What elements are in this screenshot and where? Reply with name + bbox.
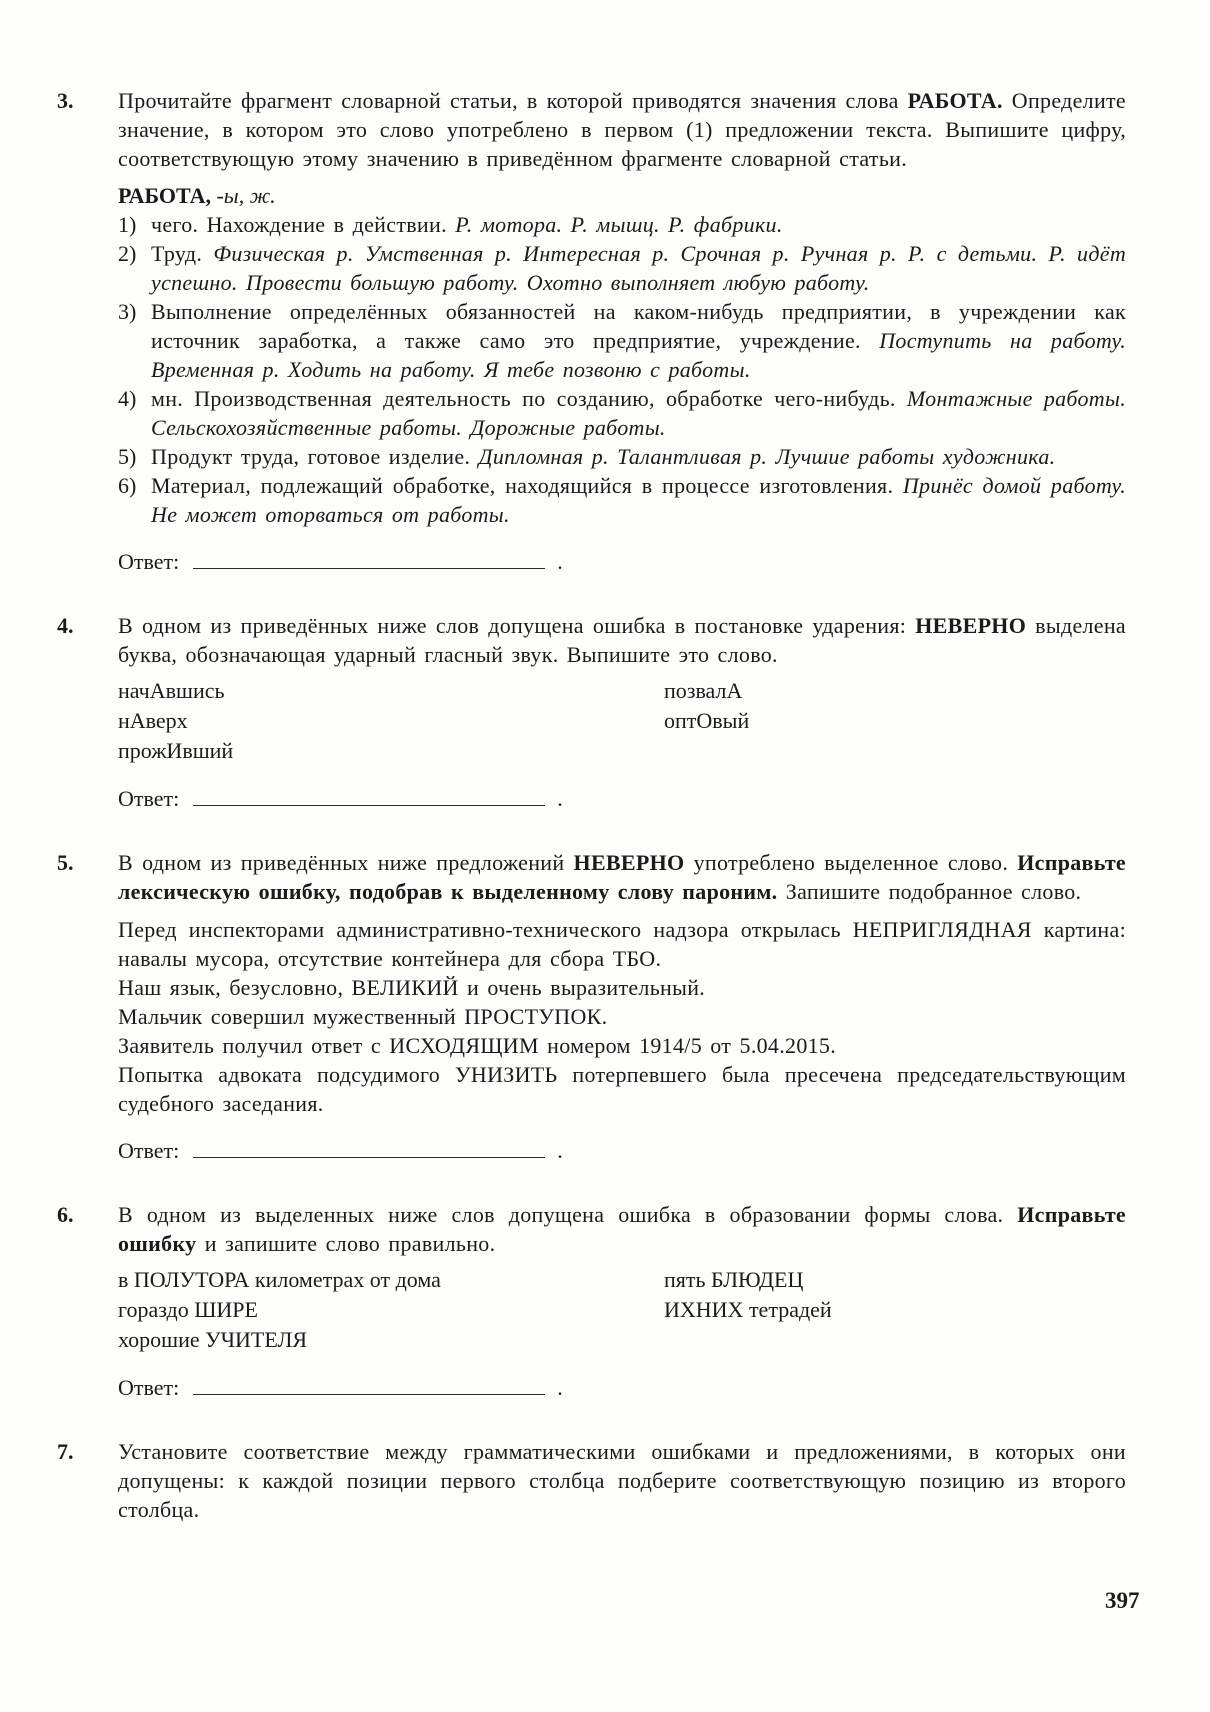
question-6-text: В одном из выделенных ниже слов допущена… bbox=[118, 1200, 1126, 1258]
question-7: 7. Установите соответствие между граммат… bbox=[57, 1437, 1126, 1524]
sense-6-definition: Материал, подлежащий обработке, находящи… bbox=[151, 473, 903, 498]
sense-5-definition: Продукт труда, готовое изделие. bbox=[151, 444, 479, 469]
q3-text-run: Прочитайте фрагмент словарной статьи, в … bbox=[118, 88, 908, 113]
dictionary-sense-5: 5) Продукт труда, готовое изделие. Дипло… bbox=[118, 442, 1126, 471]
question-3: 3. Прочитайте фрагмент словарной статьи,… bbox=[57, 86, 1126, 578]
sense-3-text: Выполнение определённых обязанностей на … bbox=[151, 297, 1126, 384]
question-3-text: Прочитайте фрагмент словарной статьи, в … bbox=[118, 86, 1126, 173]
q6-word-option: гораздо ШИРЕ bbox=[118, 1295, 664, 1325]
answer-label: Ответ: bbox=[118, 786, 179, 811]
q3-text-bold-word: РАБОТА. bbox=[908, 88, 1003, 113]
q5-sentences: Перед инспекторами административно-техни… bbox=[118, 915, 1126, 1118]
sense-2-definition: Труд. bbox=[151, 241, 213, 266]
answer-period: . bbox=[557, 1375, 563, 1400]
question-5-text: В одном из приведённых ниже предложений … bbox=[118, 848, 1126, 906]
answer-label: Ответ: bbox=[118, 1375, 179, 1400]
sense-2-number: 2) bbox=[118, 239, 151, 297]
question-5: 5. В одном из приведённых ниже предложен… bbox=[57, 848, 1126, 1167]
q4-word-option: оптОвый bbox=[664, 706, 1126, 736]
answer-row-q3: Ответ:. bbox=[118, 547, 1126, 576]
dictionary-headword: РАБОТА, -ы, ж. bbox=[118, 181, 1126, 210]
sense-1-number: 1) bbox=[118, 210, 151, 239]
q5-text-run: употреблено выделенное слово. bbox=[684, 850, 1017, 875]
q4-word-columns: начАвшись нАверх прожИвший позвалА оптОв… bbox=[118, 676, 1126, 766]
question-7-text: Установите соответствие между грамматиче… bbox=[118, 1437, 1126, 1524]
sense-2-text: Труд. Физическая р. Умственная р. Интере… bbox=[151, 239, 1126, 297]
q5-sentence: Мальчик совершил мужественный ПРОСТУПОК. bbox=[118, 1002, 1126, 1031]
q4-right-column: позвалА оптОвый bbox=[664, 676, 1126, 766]
dictionary-sense-6: 6) Материал, подлежащий обработке, наход… bbox=[118, 471, 1126, 529]
sense-1-definition: чего. Нахождение в действии. bbox=[151, 212, 455, 237]
answer-blank-line bbox=[193, 1373, 545, 1395]
q5-sentence: Перед инспекторами административно-техни… bbox=[118, 915, 1126, 973]
sense-2-examples: Физическая р. Умственная р. Интересная р… bbox=[151, 241, 1126, 295]
question-3-number: 3. bbox=[57, 86, 118, 578]
headword-grammar: -ы, ж. bbox=[211, 183, 276, 208]
question-4-text: В одном из приведённых ниже слов допущен… bbox=[118, 611, 1126, 669]
sense-6-text: Материал, подлежащий обработке, находящи… bbox=[151, 471, 1126, 529]
sense-1-examples: Р. мотора. Р. мышц. Р. фабрики. bbox=[455, 212, 782, 237]
answer-label: Ответ: bbox=[118, 1138, 179, 1163]
answer-period: . bbox=[557, 549, 563, 574]
question-7-number: 7. bbox=[57, 1437, 118, 1524]
headword-bold: РАБОТА, bbox=[118, 183, 211, 208]
q4-word-option: начАвшись bbox=[118, 676, 664, 706]
answer-period: . bbox=[557, 1138, 563, 1163]
question-3-body: Прочитайте фрагмент словарной статьи, в … bbox=[118, 86, 1126, 578]
q4-left-column: начАвшись нАверх прожИвший bbox=[118, 676, 664, 766]
answer-row-q6: Ответ:. bbox=[118, 1373, 1126, 1402]
q4-word-option: нАверх bbox=[118, 706, 664, 736]
answer-period: . bbox=[557, 786, 563, 811]
q6-word-columns: в ПОЛУТОРА километрах от дома гораздо ШИ… bbox=[118, 1265, 1126, 1355]
q5-text-run: Запишите подобранное слово. bbox=[777, 879, 1081, 904]
sense-5-number: 5) bbox=[118, 442, 151, 471]
dictionary-sense-1: 1) чего. Нахождение в действии. Р. мотор… bbox=[118, 210, 1126, 239]
sense-6-number: 6) bbox=[118, 471, 151, 529]
question-6-body: В одном из выделенных ниже слов допущена… bbox=[118, 1200, 1126, 1404]
q4-text-bold-word: НЕВЕРНО bbox=[915, 613, 1026, 638]
sense-5-examples: Дипломная р. Талантливая р. Лучшие работ… bbox=[479, 444, 1056, 469]
q5-sentence: Попытка адвоката подсудимого УНИЗИТЬ пот… bbox=[118, 1060, 1126, 1118]
answer-blank-line bbox=[193, 1136, 545, 1158]
question-6: 6. В одном из выделенных ниже слов допущ… bbox=[57, 1200, 1126, 1404]
dictionary-sense-4: 4) мн. Производственная деятельность по … bbox=[118, 384, 1126, 442]
q5-text-run: В одном из приведённых ниже предложений bbox=[118, 850, 574, 875]
q5-sentence: Наш язык, безусловно, ВЕЛИКИЙ и очень вы… bbox=[118, 973, 1126, 1002]
q6-right-column: пять БЛЮДЕЦ ИХНИХ тетрадей bbox=[664, 1265, 1126, 1355]
question-5-number: 5. bbox=[57, 848, 118, 1167]
question-4-body: В одном из приведённых ниже слов допущен… bbox=[118, 611, 1126, 815]
question-5-body: В одном из приведённых ниже предложений … bbox=[118, 848, 1126, 1167]
sense-4-definition: мн. Производственная деятельность по соз… bbox=[151, 386, 907, 411]
q6-word-option: в ПОЛУТОРА километрах от дома bbox=[118, 1265, 664, 1295]
question-4-number: 4. bbox=[57, 611, 118, 815]
answer-blank-line bbox=[193, 547, 545, 569]
question-4: 4. В одном из приведённых ниже слов допу… bbox=[57, 611, 1126, 815]
answer-blank-line bbox=[193, 784, 545, 806]
sense-4-text: мн. Производственная деятельность по соз… bbox=[151, 384, 1126, 442]
answer-row-q4: Ответ:. bbox=[118, 784, 1126, 813]
dictionary-sense-3: 3) Выполнение определённых обязанностей … bbox=[118, 297, 1126, 384]
q4-word-option: прожИвший bbox=[118, 736, 664, 766]
dictionary-sense-2: 2) Труд. Физическая р. Умственная р. Инт… bbox=[118, 239, 1126, 297]
q6-word-option: пять БЛЮДЕЦ bbox=[664, 1265, 1126, 1295]
q6-word-option: хорошие УЧИТЕЛЯ bbox=[118, 1325, 664, 1355]
sense-3-number: 3) bbox=[118, 297, 151, 384]
q5-text-bold-word: НЕВЕРНО bbox=[574, 850, 685, 875]
sense-1-text: чего. Нахождение в действии. Р. мотора. … bbox=[151, 210, 1126, 239]
page-number: 397 bbox=[1105, 1586, 1140, 1615]
q6-word-option: ИХНИХ тетрадей bbox=[664, 1295, 1126, 1325]
answer-label: Ответ: bbox=[118, 549, 179, 574]
sense-5-text: Продукт труда, готовое изделие. Дипломна… bbox=[151, 442, 1126, 471]
q5-sentence: Заявитель получил ответ с ИСХОДЯЩИМ номе… bbox=[118, 1031, 1126, 1060]
q6-left-column: в ПОЛУТОРА километрах от дома гораздо ШИ… bbox=[118, 1265, 664, 1355]
q6-text-run: и запишите слово правильно. bbox=[196, 1231, 495, 1256]
question-7-body: Установите соответствие между грамматиче… bbox=[118, 1437, 1126, 1524]
sense-4-number: 4) bbox=[118, 384, 151, 442]
answer-row-q5: Ответ:. bbox=[118, 1136, 1126, 1165]
document-page: 3. Прочитайте фрагмент словарной статьи,… bbox=[0, 0, 1210, 1712]
q6-text-run: В одном из выделенных ниже слов допущена… bbox=[118, 1202, 1017, 1227]
question-6-number: 6. bbox=[57, 1200, 118, 1404]
q4-text-run: В одном из приведённых ниже слов допущен… bbox=[118, 613, 915, 638]
q4-word-option: позвалА bbox=[664, 676, 1126, 706]
